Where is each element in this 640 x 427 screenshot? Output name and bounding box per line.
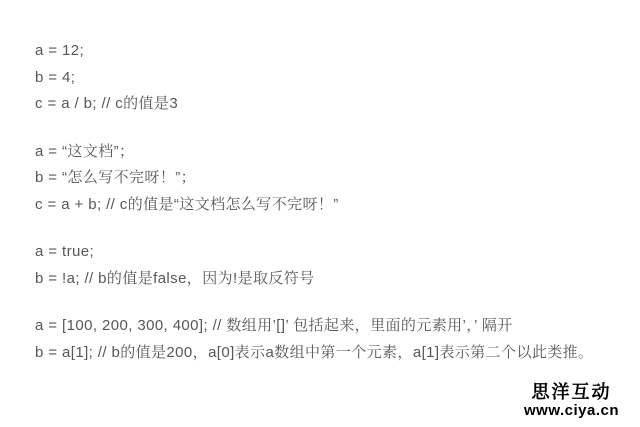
code-block-string-concat: a = “这文档”； b = “怎么写不完呀！”； c = a + b; // …: [35, 139, 630, 219]
watermark-brand-text: 思洋互动: [524, 383, 619, 402]
code-line: b = a[1]; // b的值是200，a[0]表示a数组中第一个元素，a[1…: [35, 340, 630, 367]
code-line: c = a + b; // c的值是“这文档怎么写不完呀！”: [35, 192, 630, 219]
watermark: 思洋互动 www.ciya.cn: [524, 383, 619, 419]
code-block-boolean: a = true; b = !a; // b的值是false，因为!是取反符号: [35, 239, 630, 292]
code-tutorial-page: a = 12; b = 4; c = a / b; // c的值是3 a = “…: [0, 0, 640, 427]
code-area: a = 12; b = 4; c = a / b; // c的值是3 a = “…: [35, 38, 630, 387]
watermark-url-text: www.ciya.cn: [524, 403, 619, 419]
code-line: c = a / b; // c的值是3: [35, 91, 630, 118]
code-line: b = “怎么写不完呀！”；: [35, 165, 630, 192]
code-line: b = !a; // b的值是false，因为!是取反符号: [35, 266, 630, 293]
code-line: b = 4;: [35, 65, 630, 92]
code-block-division: a = 12; b = 4; c = a / b; // c的值是3: [35, 38, 630, 118]
code-line: a = [100, 200, 300, 400]; // 数组用’[]’ 包括起…: [35, 313, 630, 340]
code-line: a = 12;: [35, 38, 630, 65]
code-line: a = “这文档”；: [35, 139, 630, 166]
code-line: a = true;: [35, 239, 630, 266]
code-block-array: a = [100, 200, 300, 400]; // 数组用’[]’ 包括起…: [35, 313, 630, 366]
